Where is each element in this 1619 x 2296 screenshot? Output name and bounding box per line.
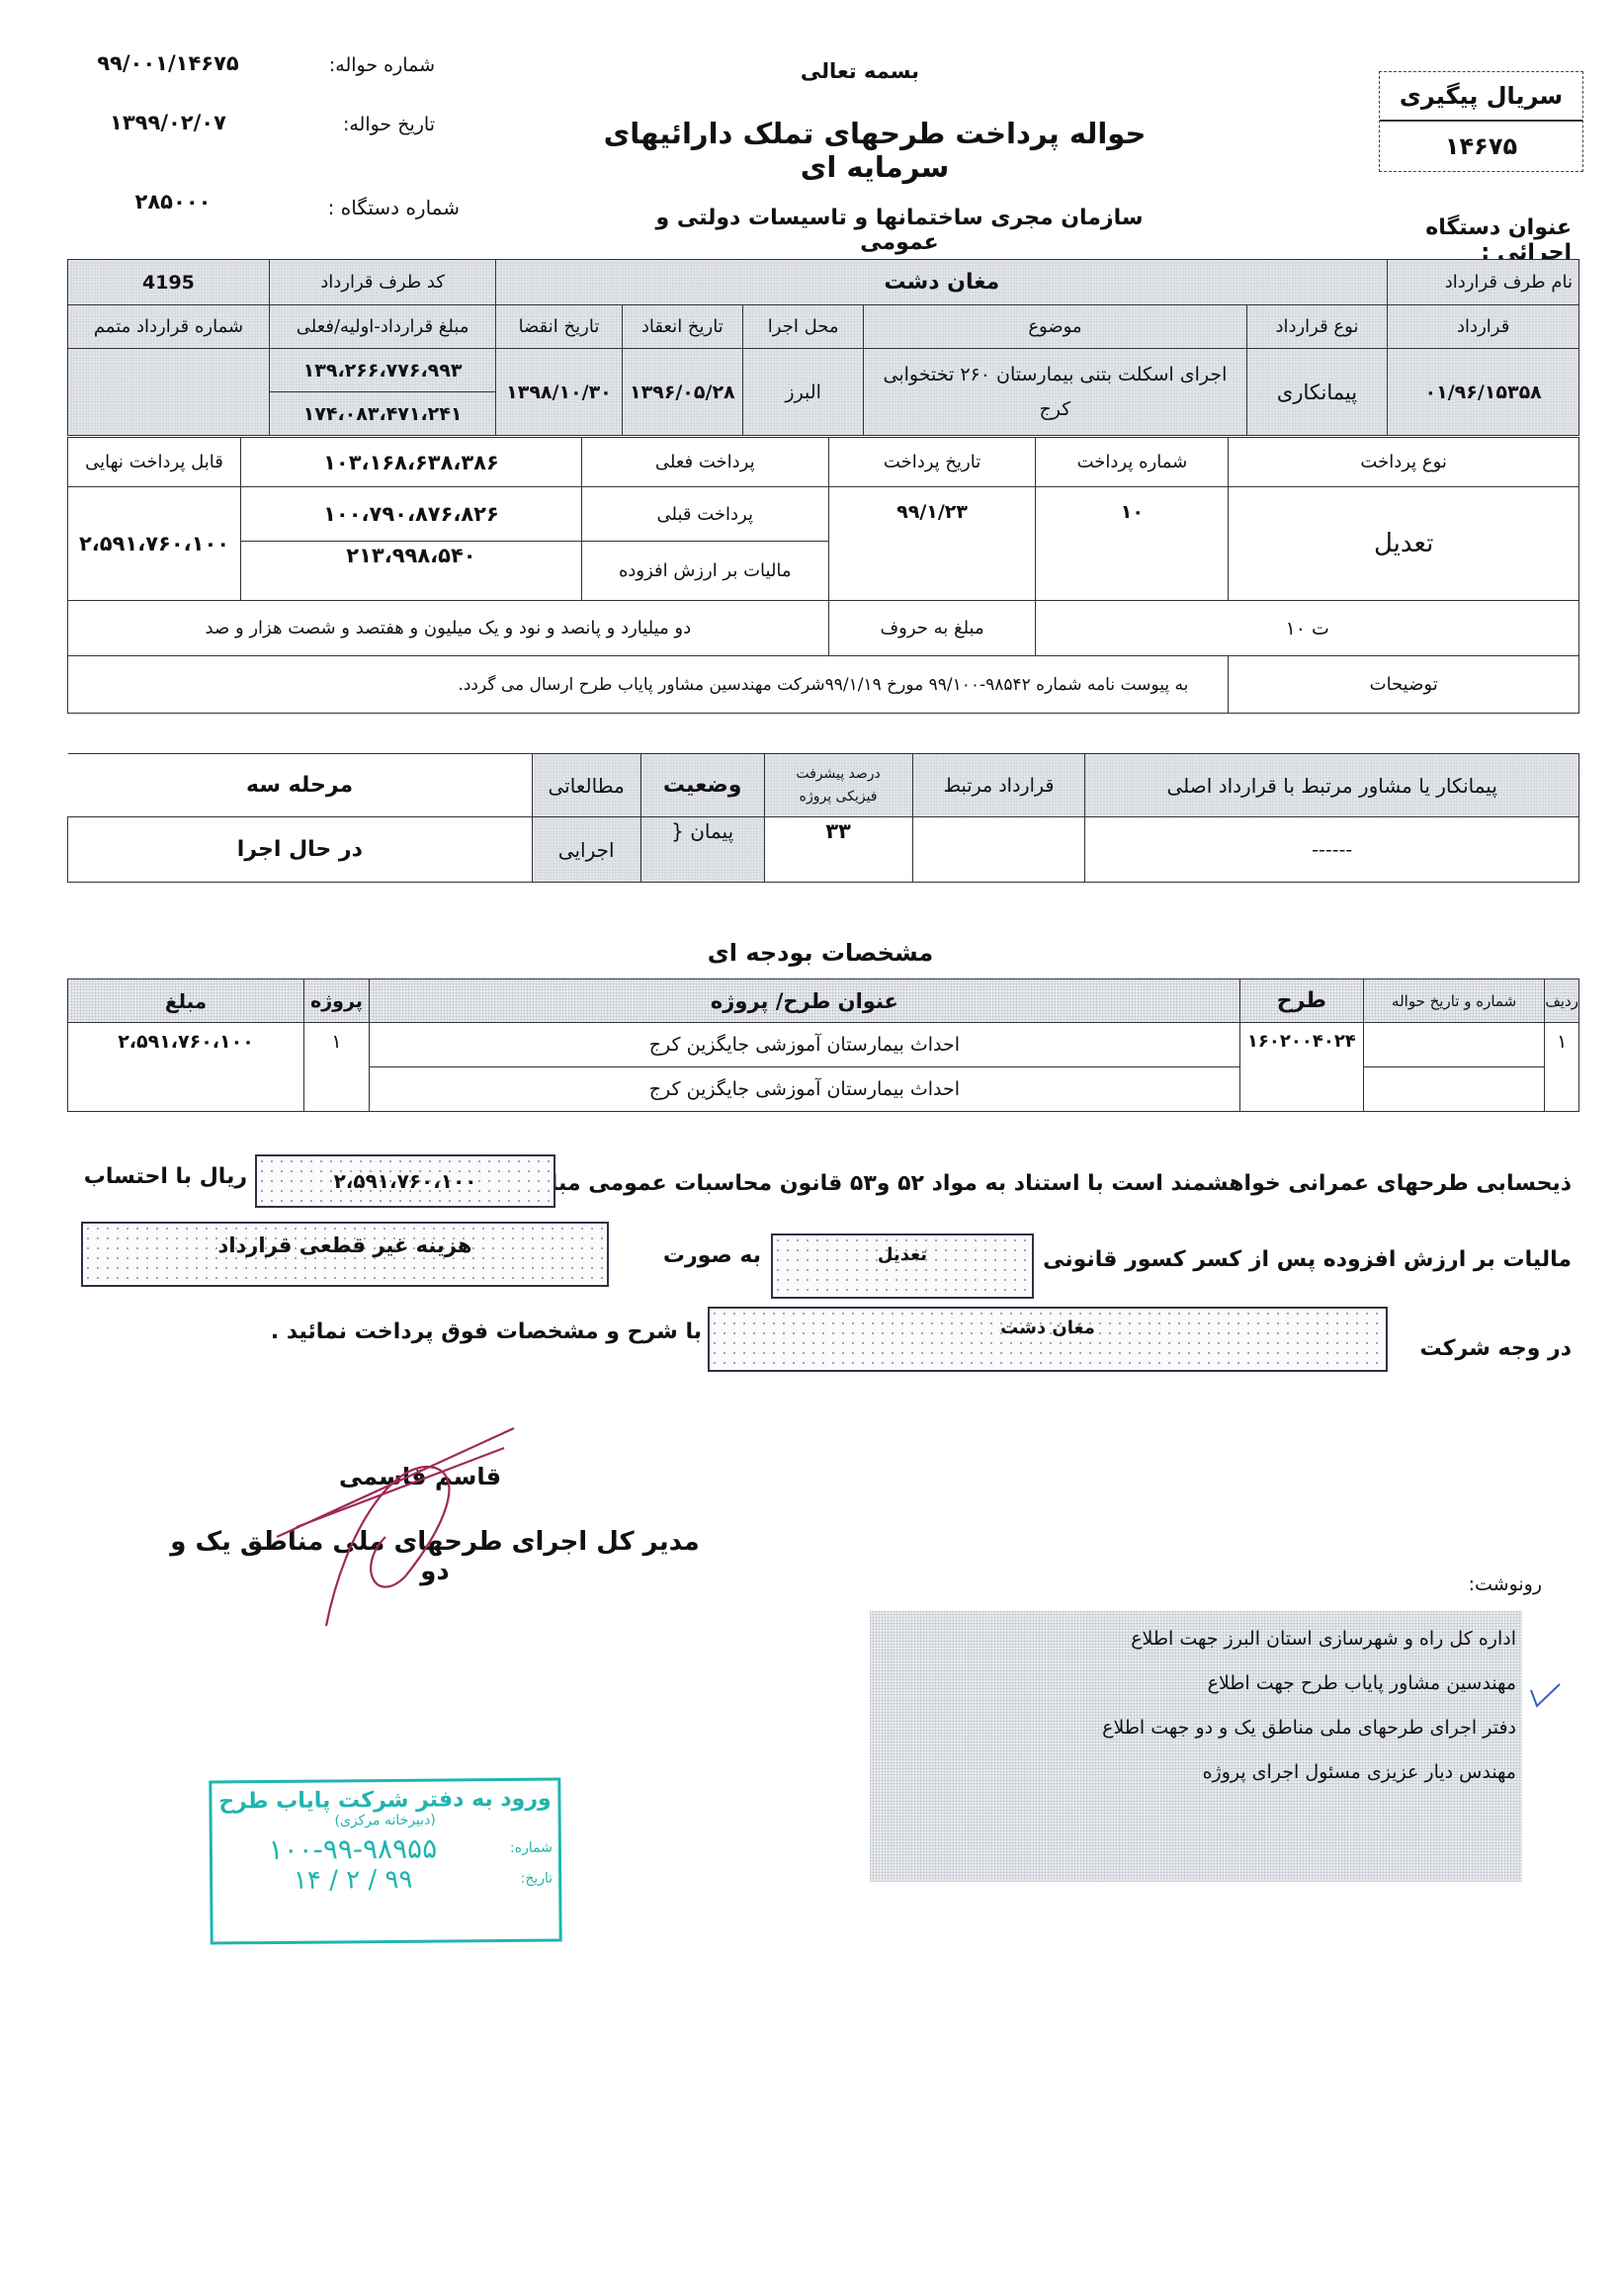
- current-payment-label: پرداخت فعلی: [581, 438, 828, 487]
- instruction-line1-suffix: ریال با احتساب: [79, 1164, 247, 1189]
- budget-row-title-2: احداث بیمارستان آموزشی جایگزین کرج: [369, 1067, 1239, 1112]
- instruction-reason-box: تعدیل: [771, 1233, 1034, 1299]
- party-name-value: مغان دشت: [496, 260, 1388, 305]
- cc-item: اداره کل راه و شهرسازی استان البرز جهت ا…: [870, 1617, 1522, 1661]
- budget-row-amount: ۲،۵۹۱،۷۶۰،۱۰۰: [68, 1023, 304, 1112]
- received-stamp: ورود به دفتر شرکت پایاب طرح (دبیرخانه مر…: [209, 1777, 561, 1944]
- tracking-serial-value: ۱۴۶۷۵: [1380, 122, 1582, 171]
- tracking-serial-box: سریال پیگیری ۱۴۶۷۵: [1379, 71, 1583, 172]
- notes-label: توضیحات: [1229, 656, 1579, 714]
- subject-label: موضوع: [864, 305, 1246, 349]
- cc-box: اداره کل راه و شهرسازی استان البرز جهت ا…: [870, 1611, 1522, 1882]
- payment-table: نوع پرداخت شماره پرداخت تاریخ پرداخت پرد…: [67, 437, 1579, 714]
- subject: اجرای اسکلت بتنی بیمارستان ۲۶۰ تختخوابی …: [864, 349, 1246, 436]
- amount-in-words-label: مبلغ به حروف: [828, 601, 1036, 656]
- contract-type-label: نوع قرارداد: [1246, 305, 1388, 349]
- payment-type-label: نوع پرداخت: [1229, 438, 1579, 487]
- stamp-date-label: تاریخ:: [493, 1870, 558, 1887]
- location: البرز: [742, 349, 863, 436]
- budget-row-remittance: [1363, 1023, 1545, 1067]
- study-label: مطالعاتی: [532, 754, 640, 817]
- conclusion-date: ۱۳۹۶/۰۵/۲۸: [622, 349, 742, 436]
- executive-org-label: عنوان دستگاه اجرائی :: [1354, 215, 1572, 265]
- instruction-company-box: مغان دشت: [708, 1307, 1388, 1372]
- vat-label: مالیات بر ارزش افزوده: [581, 542, 828, 601]
- instruction-line3: در وجه شرکت: [1404, 1336, 1572, 1361]
- contract-type: پیمانکاری: [1246, 349, 1388, 436]
- payment-date-label: تاریخ پرداخت: [828, 438, 1036, 487]
- instruction-amount-box: ۲،۵۹۱،۷۶۰،۱۰۰: [255, 1154, 555, 1208]
- budget-row-remittance-2: [1363, 1067, 1545, 1112]
- final-payable-value: ۲،۵۹۱،۷۶۰،۱۰۰: [68, 487, 241, 601]
- stamp-number-value: ۱۰۰-۹۹-۹۸۹۵۵: [213, 1831, 493, 1866]
- progress-label: درصد پیشرفت فیزیکی پروژه: [764, 754, 912, 817]
- device-number-value: ۲۸۵۰۰۰: [99, 190, 247, 213]
- cc-label: رونوشت:: [1423, 1573, 1542, 1595]
- related-contract-label: قرارداد مرتبط: [912, 754, 1085, 817]
- previous-payment-label: پرداخت قبلی: [581, 487, 828, 542]
- device-number-label: شماره دستگاه :: [292, 196, 460, 219]
- document-title: حواله پرداخت طرحهای تملک دارائیهای سرمای…: [554, 117, 1196, 184]
- current-payment-value: ۱۰۳،۱۶۸،۶۳۸،۳۸۶: [241, 438, 582, 487]
- contract-number: ۰۱/۹۶/۱۵۳۵۸: [1388, 349, 1579, 436]
- stamp-date-value: ۹۹ / ۲ / ۱۴: [213, 1864, 493, 1896]
- stamp-subtitle: (دبیرخانه مرکزی): [213, 1811, 558, 1829]
- remittance-date-label: تاریخ حواله:: [306, 114, 435, 135]
- vat-value: ۲۱۳،۹۹۸،۵۴۰: [241, 542, 582, 601]
- final-payable-label: قابل پرداخت نهایی: [68, 438, 241, 487]
- budget-row-project: ۱: [304, 1023, 370, 1112]
- budget-title: مشخصات بودجه ای: [593, 939, 1048, 967]
- status-table: پیمانکار یا مشاور مرتبط با قرارداد اصلی …: [67, 753, 1579, 883]
- budget-col-remittance: شماره و تاریخ حواله: [1363, 979, 1545, 1023]
- expiry-date: ۱۳۹۸/۱۰/۳۰: [496, 349, 622, 436]
- party-name-label: نام طرف قرارداد: [1388, 260, 1579, 305]
- progress-label-line2: فیزیکی پروژه: [771, 786, 906, 808]
- progress-label-line1: درصد پیشرفت: [771, 763, 906, 785]
- instruction-line2: مالیات بر ارزش افزوده پس از کسر کسور قان…: [1048, 1247, 1572, 1272]
- amount-label: مبلغ قرارداد-اولیه/فعلی: [269, 305, 495, 349]
- budget-row-title-1: احداث بیمارستان آموزشی جایگزین کرج: [369, 1023, 1239, 1067]
- supplement-number: [68, 349, 270, 436]
- contract-label: قرارداد: [1388, 305, 1579, 349]
- progress-value: ۳۳: [764, 817, 912, 883]
- budget-col-index: ردیف: [1545, 979, 1579, 1023]
- related-contract-value: [912, 817, 1085, 883]
- contract-table: نام طرف قرارداد مغان دشت کد طرف قرارداد …: [67, 259, 1579, 436]
- related-contractor-label: پیمانکار یا مشاور مرتبط با قرارداد اصلی: [1085, 754, 1579, 817]
- budget-col-amount: مبلغ: [68, 979, 304, 1023]
- instruction-line2-mid: به صورت: [652, 1243, 761, 1268]
- supplement-number-label: شماره قرارداد متمم: [68, 305, 270, 349]
- related-contractor-value: ------: [1085, 817, 1579, 883]
- instruction-line1: ذیحسابی طرحهای عمرانی خواهشمند است با اس…: [573, 1171, 1572, 1196]
- party-code-label: کد طرف قرارداد: [269, 260, 495, 305]
- executive-org-value: سازمان مجری ساختمانها و تاسیسات دولتی و …: [623, 206, 1176, 255]
- stamp-number-label: شماره:: [493, 1839, 558, 1856]
- stamp-title: ورود به دفتر شرکت پایاب طرح: [212, 1786, 557, 1814]
- remittance-number-label: شماره حواله:: [306, 54, 435, 76]
- tracking-serial-label: سریال پیگیری: [1380, 72, 1582, 122]
- budget-row: ۱ ۱۶۰۲۰۰۴۰۲۴ احداث بیمارستان آموزشی جایگ…: [68, 1023, 1579, 1067]
- location-label: محل اجرا: [742, 305, 863, 349]
- payment-type: تعدیل: [1229, 487, 1579, 601]
- bismillah: بسمه تعالی: [712, 59, 1008, 83]
- payment-code: ت ۱۰: [1036, 601, 1579, 656]
- conclusion-date-label: تاریخ انعقاد: [622, 305, 742, 349]
- phase-label: مرحله سه: [68, 754, 533, 817]
- budget-table: ردیف شماره و تاریخ حواله طرح عنوان طرح/ …: [67, 978, 1579, 1112]
- phase-value: در حال اجرا: [68, 817, 533, 883]
- notes-value: به پیوست نامه شماره ۹۸۵۴۲-۹۹/۱۰۰ مورخ ۹۹…: [68, 656, 1229, 714]
- payment-number: ۱۰: [1036, 487, 1229, 601]
- party-code-value: 4195: [68, 260, 270, 305]
- checkmark-icon: [1527, 1680, 1563, 1710]
- previous-payment-value: ۱۰۰،۷۹۰،۸۷۶،۸۲۶: [241, 487, 582, 542]
- budget-col-plan: طرح: [1239, 979, 1363, 1023]
- cc-item: مهندسین مشاور پایاب طرح جهت اطلاع: [870, 1661, 1522, 1706]
- budget-row-index: ۱: [1545, 1023, 1579, 1112]
- status-value: پیمان {: [640, 817, 764, 883]
- amount-initial: ۱۳۹،۲۶۶،۷۷۶،۹۹۳: [269, 349, 495, 392]
- amount-in-words: دو میلیارد و پانصد و نود و یک میلیون و ه…: [68, 601, 829, 656]
- instruction-form-box: هزینه غیر قطعی قرارداد: [81, 1222, 609, 1287]
- expiry-date-label: تاریخ انقضا: [496, 305, 622, 349]
- remittance-date-value: ۱۳۹۹/۰۲/۰۷: [69, 111, 267, 134]
- budget-col-title: عنوان طرح/ پروژه: [369, 979, 1239, 1023]
- cc-item: دفتر اجرای طرحهای ملی مناطق یک و دو جهت …: [870, 1706, 1522, 1750]
- payment-number-label: شماره پرداخت: [1036, 438, 1229, 487]
- budget-row-plan-code: ۱۶۰۲۰۰۴۰۲۴: [1239, 1023, 1363, 1112]
- remittance-number-value: ۹۹/۰۰۱/۱۴۶۷۵: [69, 51, 267, 75]
- cc-item: مهندس دیار عزیزی مسئول اجرای پروژه: [870, 1750, 1522, 1795]
- payment-date: ۹۹/۱/۲۳: [828, 487, 1036, 601]
- instruction-line3-suffix: با شرح و مشخصات فوق پرداخت نمائید .: [316, 1319, 702, 1344]
- amount-current: ۱۷۴،۰۸۳،۴۷۱،۲۴۱: [269, 392, 495, 436]
- status-label: وضعیت: [640, 754, 764, 817]
- executive-label: اجرایی: [532, 817, 640, 883]
- signature-scribble-icon: [237, 1408, 534, 1626]
- budget-col-project: پروژه: [304, 979, 370, 1023]
